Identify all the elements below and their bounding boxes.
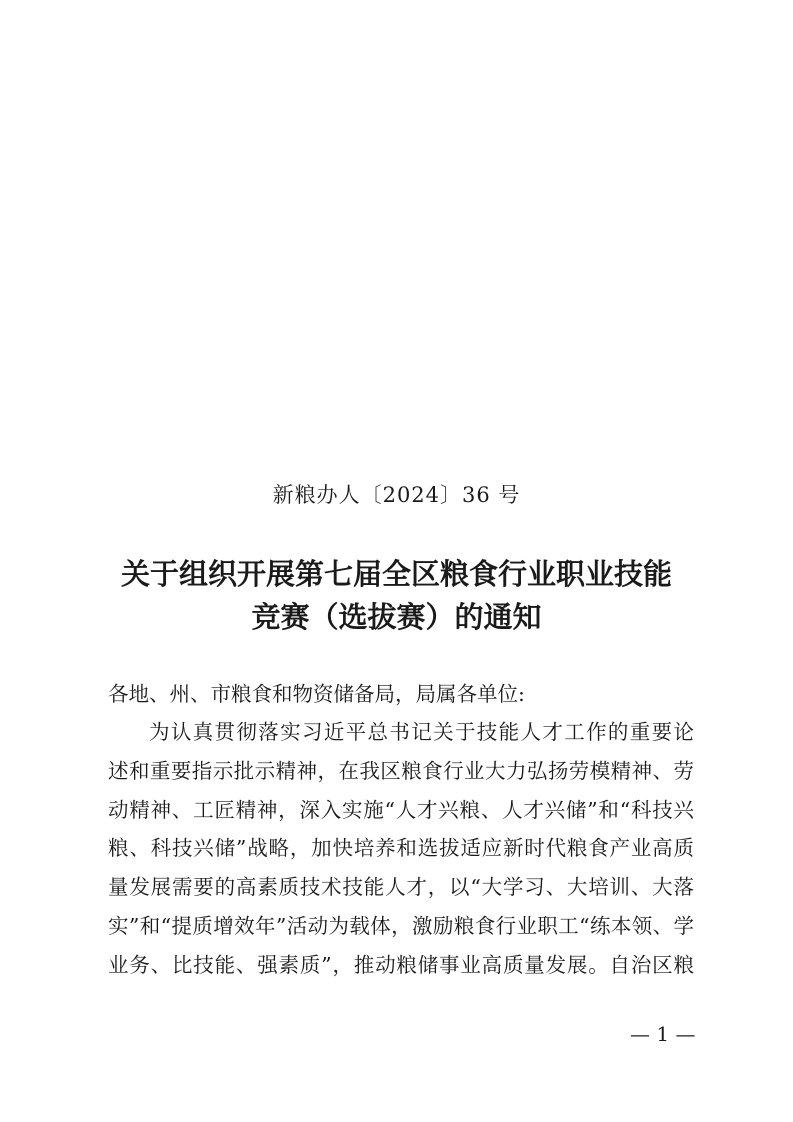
salutation: 各地、州、市粮食和物资储备局，局属各单位: bbox=[108, 677, 525, 707]
title-line-1: 关于组织开展第七届全区粮食行业职业技能 bbox=[0, 553, 793, 596]
body-text: 为认真贯彻落实习近平总书记关于技能人才工作的重要论 述和重要指示批示精神，在我区… bbox=[108, 713, 694, 985]
body-line: 动精神、工匠精神，深入实施“人才兴粮、人才兴储”和“科技兴 bbox=[108, 791, 694, 830]
body-line: 为认真贯彻落实习近平总书记关于技能人才工作的重要论 bbox=[108, 713, 694, 752]
page-number: — 1 — bbox=[630, 1022, 695, 1046]
document-title: 关于组织开展第七届全区粮食行业职业技能 竞赛（选拔赛）的通知 bbox=[0, 553, 793, 639]
body-line: 粮、科技兴储”战略，加快培养和选拔适应新时代粮食产业高质 bbox=[108, 829, 694, 868]
document-number: 新粮办人〔2024〕36 号 bbox=[0, 479, 793, 509]
body-line: 述和重要指示批示精神，在我区粮食行业大力弘扬劳模精神、劳 bbox=[108, 752, 694, 791]
body-line: 实”和“提质增效年”活动为载体，激励粮食行业职工“练本领、学 bbox=[108, 907, 694, 946]
body-line: 业务、比技能、强素质”，推动粮储事业高质量发展。自治区粮 bbox=[108, 946, 694, 985]
body-line: 量发展需要的高素质技术技能人才，以“大学习、大培训、大落 bbox=[108, 868, 694, 907]
title-line-2: 竞赛（选拔赛）的通知 bbox=[0, 596, 793, 639]
